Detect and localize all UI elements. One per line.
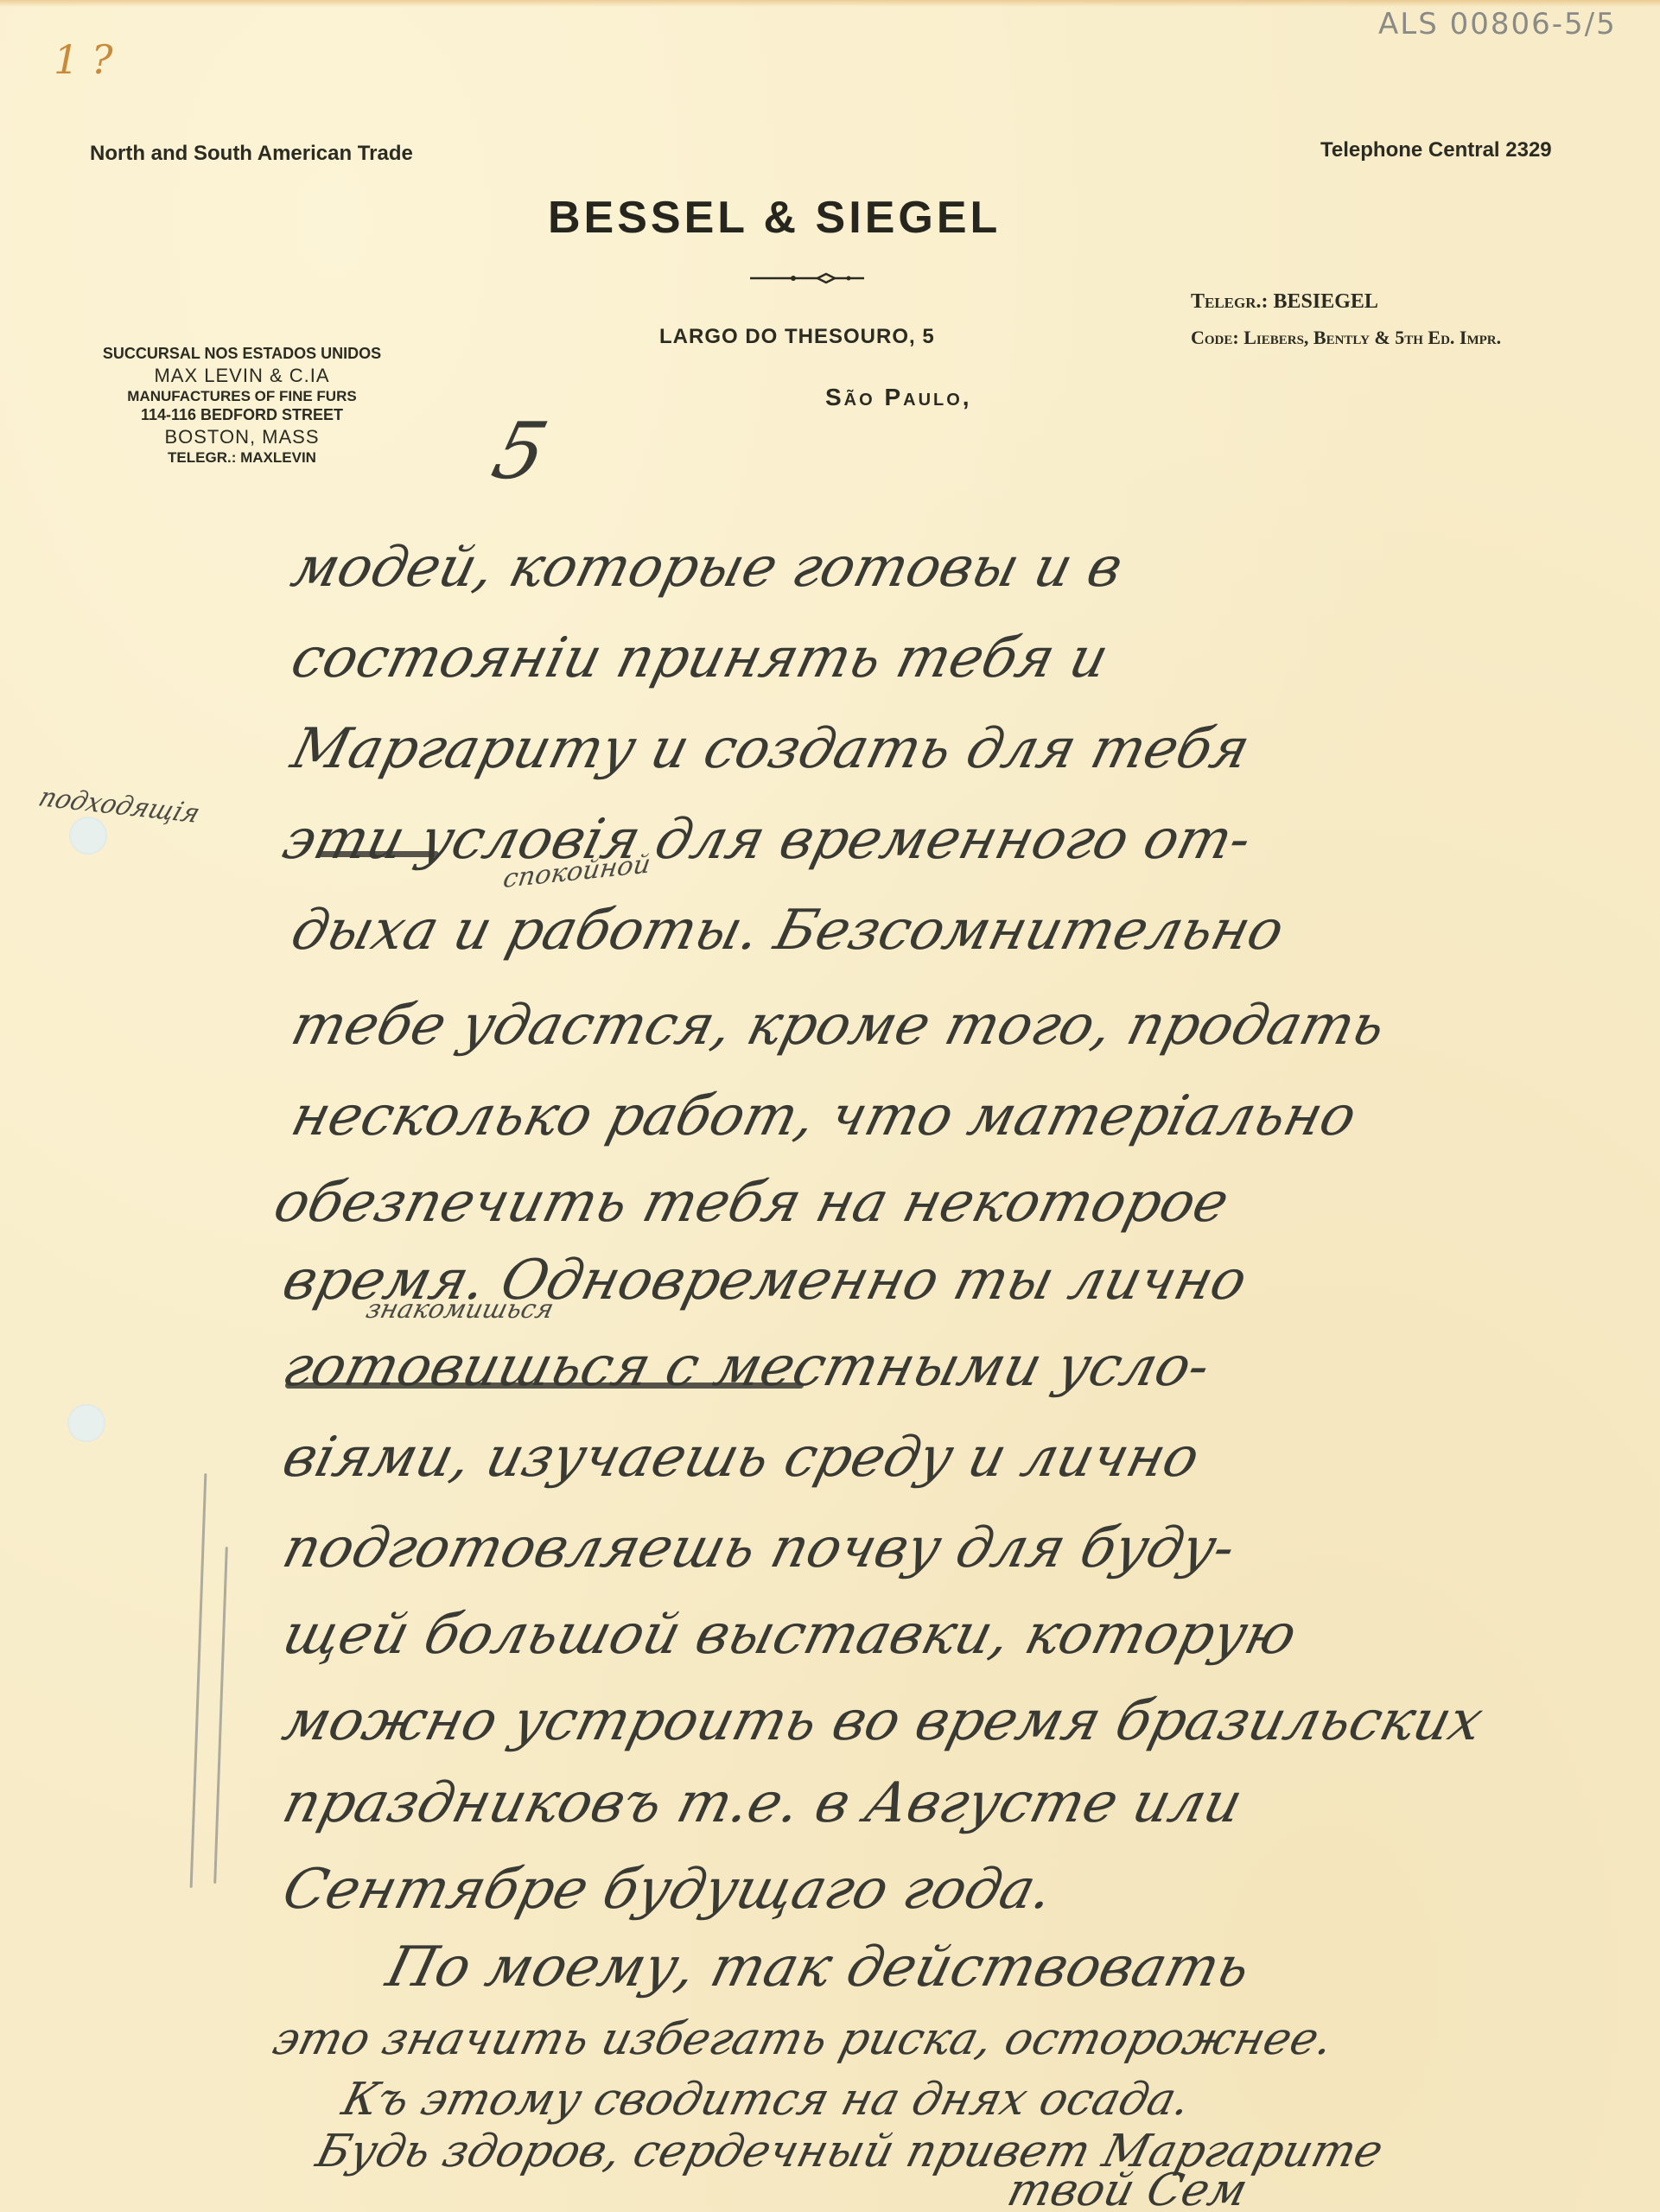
strikethrough-mark — [285, 1382, 804, 1389]
branch-line-city: BOSTON, MASS — [86, 425, 398, 449]
letterhead-branch-block: SUCCURSAL NOS ESTADOS UNIDOS MAX LEVIN &… — [86, 344, 398, 467]
letterhead-firm-name: BESSEL & SIEGEL — [548, 192, 1001, 244]
letter-line-13: щей большой выставки, которую — [277, 1603, 1303, 1667]
letter-line-17: По моему, так действовать — [380, 1935, 1256, 1999]
letter-line-1: модей, которые готовы и в — [285, 536, 1129, 600]
letter-line-7: несколько работ, что матеріально — [285, 1084, 1363, 1148]
letterhead-code: Code: Liebers, Bently & 5th Ed. Impr. — [1191, 327, 1501, 349]
letterhead-telephone: Telephone Central 2329 — [1320, 138, 1552, 162]
letterhead-city: São Paulo, — [825, 384, 972, 411]
punch-hole-bottom — [67, 1404, 105, 1442]
letter-line-12: подготовляешь почву для буду- — [277, 1516, 1242, 1580]
letter-signature: твой Сем — [1002, 2164, 1253, 2212]
branch-line-telegram: TELEGR.: MAXLEVIN — [86, 448, 398, 467]
branch-line-succursal: SUCCURSAL NOS ESTADOS UNIDOS — [86, 344, 398, 364]
branch-line-business: MANUFACTURES OF FINE FURS — [86, 387, 398, 405]
letter-line-14: можно устроить во время бразильских — [277, 1689, 1489, 1753]
archive-catalog-number: ALS 00806-5/5 — [1378, 7, 1617, 41]
letter-line-5: дыха и работы. Безсомнительно — [285, 899, 1290, 963]
letter-line-10: готовишься с местными усло- — [277, 1335, 1216, 1399]
letter-line-16: Сентябре будущаго года. — [277, 1858, 1059, 1922]
branch-line-street: 114-116 BEDFORD STREET — [86, 405, 398, 425]
letter-line-6: тебе удастся, кроме того, продать — [285, 994, 1391, 1058]
letter-line-4: эти условія для временного от- — [277, 808, 1257, 872]
pencil-page-mark: 1 ? — [54, 36, 113, 83]
letter-line-15: праздниковъ т.е. в Августе или — [277, 1771, 1249, 1835]
letter-line-11: віями, изучаешь среду и лично — [277, 1426, 1205, 1490]
letterhead-tagline: North and South American Trade — [90, 142, 413, 166]
letter-line-8: обезпечить тебя на некоторое — [268, 1171, 1235, 1235]
ornament-divider-icon — [748, 270, 866, 287]
branch-line-company: MAX LEVIN & C.IA — [86, 364, 398, 388]
paper-edge-stain — [0, 0, 1660, 7]
strikethrough-mark — [318, 851, 439, 857]
punch-hole-top — [69, 817, 107, 855]
letter-line-18: это значить избегать риска, осторожнее. — [268, 2013, 1339, 2065]
letter-line-9: время. Одновременно ты лично — [277, 1249, 1253, 1313]
letter-line-19: Къ этому сводится на днях осада. — [337, 2074, 1196, 2126]
letter-line-3: Маргариту и создать для тебя — [285, 717, 1256, 781]
letter-line-2: состояніи принять тебя и — [285, 626, 1115, 690]
letterhead-telegram: Telegr.: BESIEGEL — [1191, 290, 1378, 314]
letterhead-street: LARGO DO THESOURO, 5 — [659, 325, 935, 349]
